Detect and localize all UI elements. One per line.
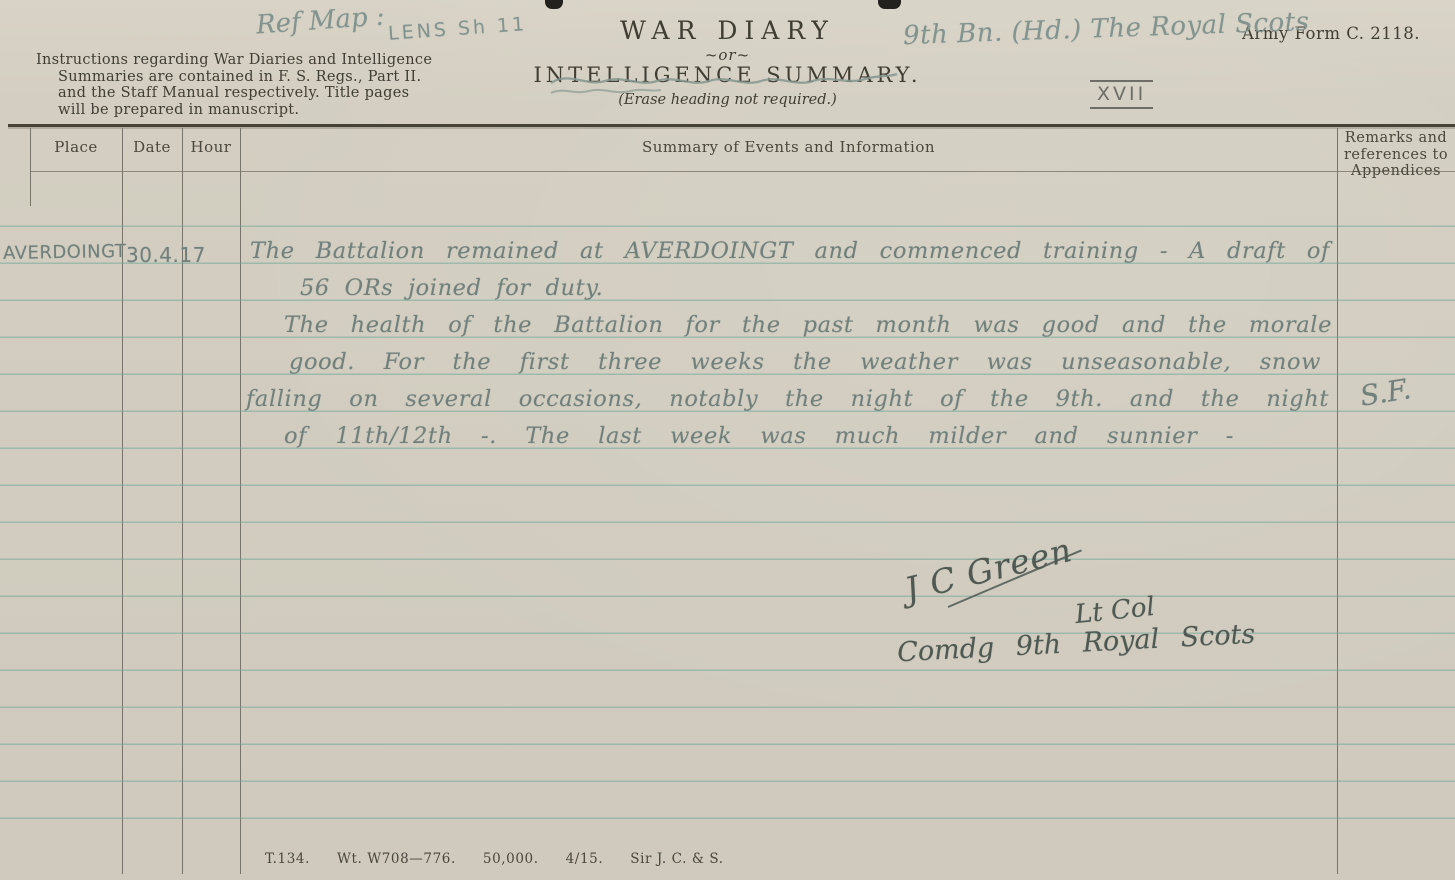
war-diary-page: Instructions regarding War Diaries and I… [0,0,1455,880]
printers-code: T.134. Wt. W708—776. 50,000. 4/15. Sir J… [265,851,724,867]
summary-line: of 11th/12th -. The last week was much m… [284,421,1234,451]
summary-line: The Battalion remained at AVERDOINGT and… [250,236,1330,266]
entry-place: AVERDOINGT [3,241,123,264]
binding-mark-right [878,0,901,9]
printers-code-segment: Sir J. C. & S. [630,851,723,867]
summary-line: The health of the Battalion for the past… [284,310,1332,340]
pencil-strikethrough-icon [549,57,899,99]
column-header-summary: Summary of Events and Information [240,138,1337,156]
printers-code-segment: Wt. W708—776. [337,851,456,867]
summary-line: 56 ORs joined for duty. [300,273,603,303]
volume-annotation: XVII [1090,80,1153,109]
summary-line: falling on several occasions, notably th… [246,384,1329,414]
binding-mark-left [545,0,563,9]
column-header-place: Place [30,138,122,156]
ruled-lines [0,190,1455,824]
table-top-border [8,124,1455,127]
entry-date: 30.4.17 [126,243,206,267]
column-header-remarks: Remarks and references to Appendices [1343,130,1449,180]
printers-code-segment: 4/15. [566,851,604,867]
printers-code-segment: T.134. [265,851,310,867]
printers-code-segment: 50,000. [483,851,539,867]
header-underline [30,171,1455,172]
summary-line: good. For the first three weeks the weat… [289,347,1321,377]
column-header-hour: Hour [182,138,240,156]
column-header-date: Date [122,138,182,156]
